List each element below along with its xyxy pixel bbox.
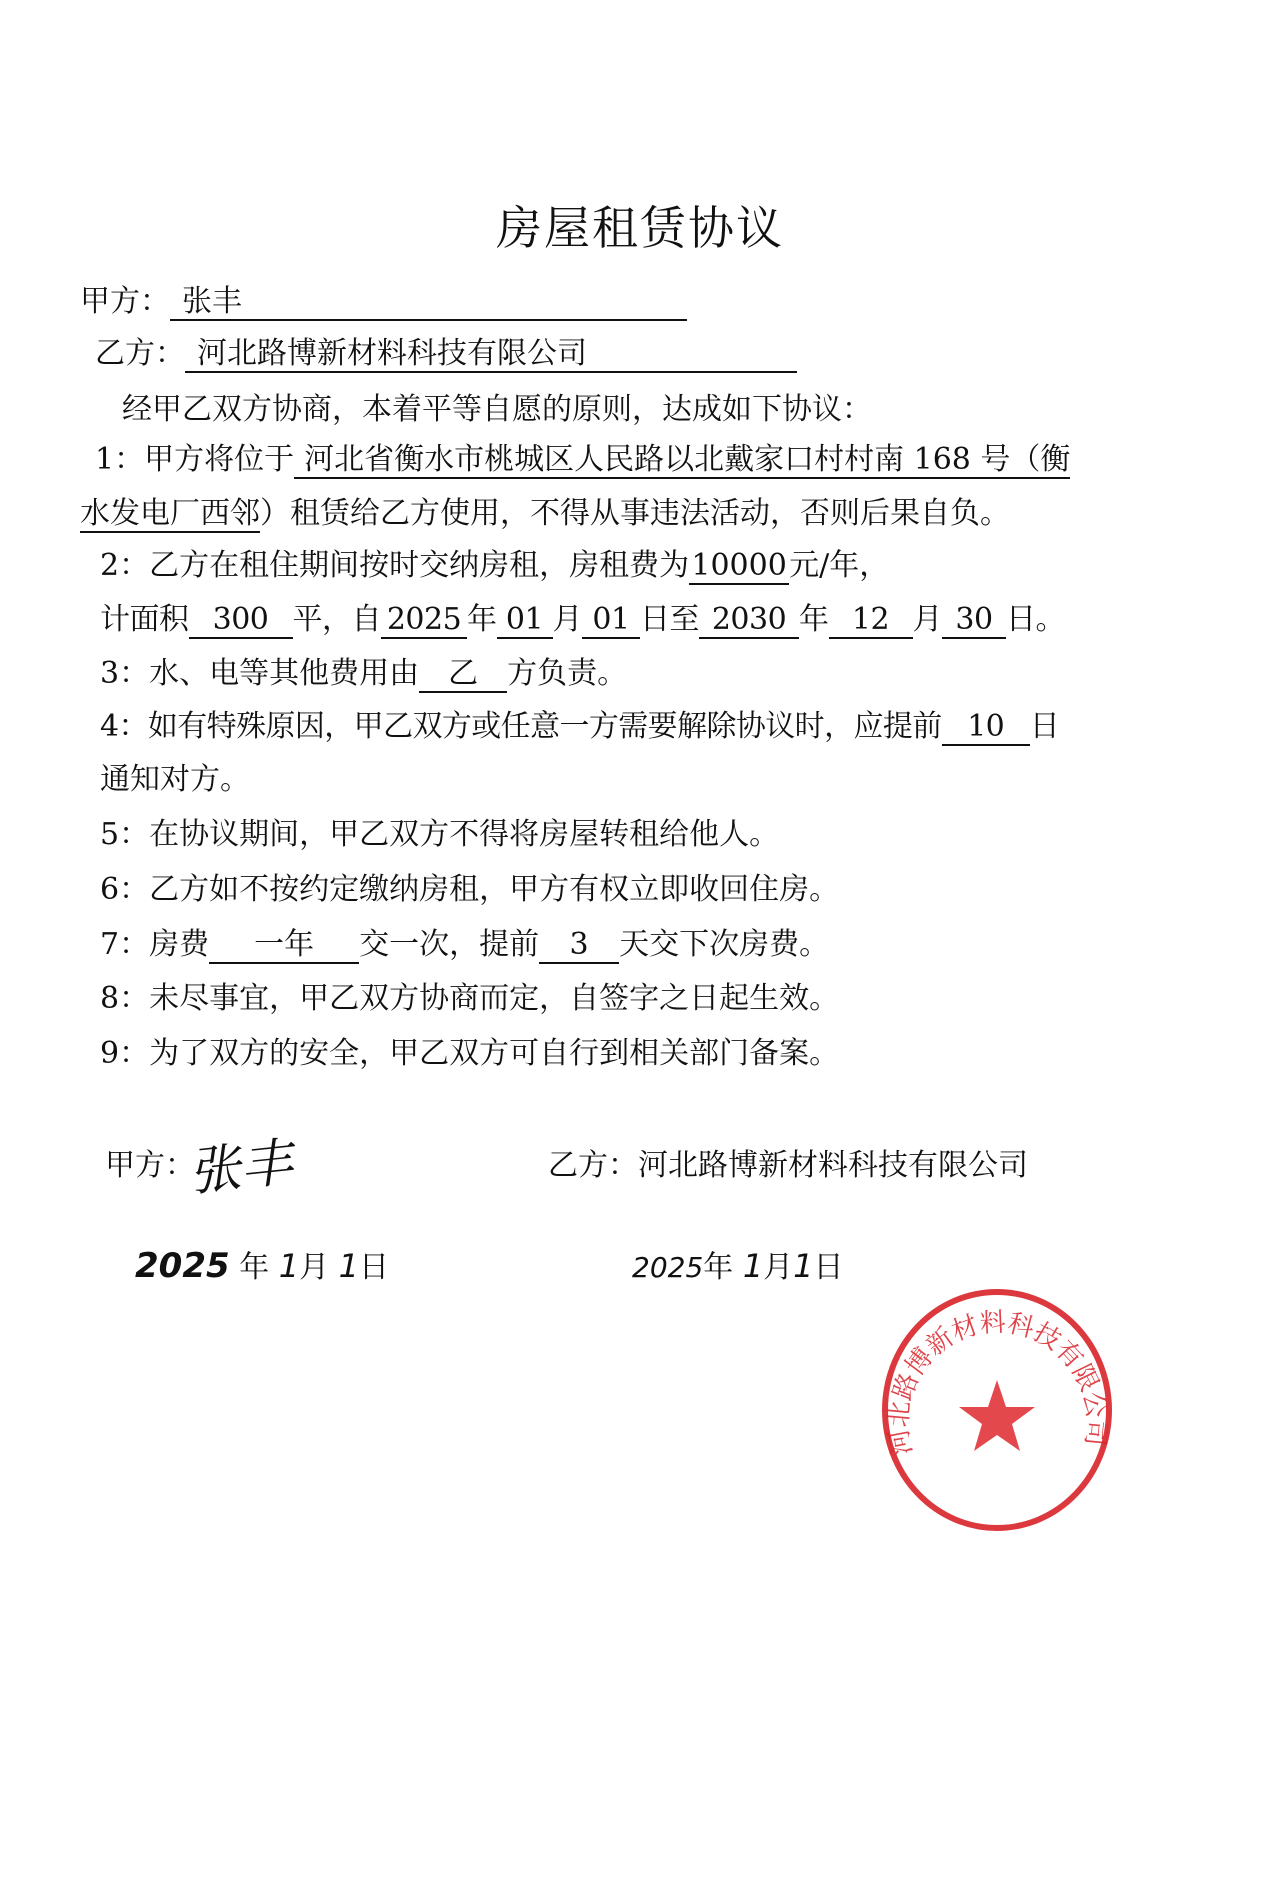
- party-b-name: 河北路博新材料科技有限公司: [185, 337, 797, 373]
- party-a-sign-label: 甲方：: [105, 1140, 195, 1184]
- party-a-handwritten-signature: 张丰: [184, 1120, 295, 1205]
- clause-2-line-2: 计面积300平，自2025年01月01日至2030年12月30日。: [100, 600, 1065, 640]
- area-value: 300: [189, 603, 293, 639]
- party-b-date-day: 1: [793, 1247, 813, 1285]
- clause-7-suffix: 天交下次房费。: [619, 927, 829, 962]
- year-label: 年: [239, 1250, 269, 1285]
- month-label: 月: [763, 1250, 793, 1285]
- clause-7: 7：房费一年交一次，提前3天交下次房费。: [100, 925, 829, 965]
- clause-1-line-2: 水发电厂西邻）租赁给乙方使用，不得从事违法活动，否则后果自负。: [80, 494, 1010, 534]
- year-label: 年: [799, 602, 829, 637]
- clause-3: 3：水、电等其他费用由乙方负责。: [100, 654, 627, 694]
- rent-unit: 元/年，: [789, 548, 889, 583]
- day-label: 日: [359, 1250, 389, 1285]
- year-label: 年: [467, 602, 497, 637]
- party-b-line: 乙方：河北路博新材料科技有限公司: [95, 334, 797, 374]
- day-label: 日: [814, 1250, 844, 1285]
- day-to-label: 日至: [640, 602, 699, 637]
- clause-7-mid: 交一次，提前: [359, 927, 539, 962]
- clause-1-line-1: 1：甲方将位于河北省衡水市桃城区人民路以北戴家口村村南 168 号（衡: [95, 440, 1070, 480]
- party-a-line: 甲方：张丰: [80, 282, 687, 322]
- rent-amount: 10000: [689, 549, 789, 585]
- advance-days: 3: [539, 928, 619, 964]
- start-year: 2025: [381, 603, 467, 639]
- day-label: 日。: [1006, 602, 1065, 637]
- clause-4-line-2: 通知对方。: [100, 760, 250, 800]
- clause-9: 9：为了双方的安全，甲乙双方可自行到相关部门备案。: [100, 1034, 839, 1074]
- party-b-date: 2025年 1月1日: [632, 1246, 844, 1288]
- lease-document-page: 房屋租赁协议 甲方：张丰 乙方：河北路博新材料科技有限公司 经甲乙双方协商，本着…: [0, 0, 1280, 1881]
- clause-1-prefix: 1：甲方将位于: [95, 442, 294, 477]
- payment-period: 一年: [209, 928, 359, 964]
- clause-6: 6：乙方如不按约定缴纳房租，甲方有权立即收回住房。: [100, 870, 839, 910]
- party-a-date: 2025 年 1月 1日: [135, 1246, 389, 1288]
- month-label: 月: [553, 602, 583, 637]
- clause-3-suffix: 方负责。: [507, 656, 627, 691]
- clause-5: 5：在协议期间，甲乙双方不得将房屋转租给他人。: [100, 815, 779, 855]
- month-label: 月: [299, 1250, 329, 1285]
- utilities-party: 乙: [419, 657, 507, 693]
- notice-unit: 日: [1030, 709, 1059, 744]
- party-b-label: 乙方：: [95, 336, 185, 371]
- notice-days: 10: [942, 710, 1030, 746]
- document-title: 房屋租赁协议: [0, 192, 1280, 258]
- clause-4-line-1: 4：如有特殊原因，甲乙双方或任意一方需要解除协议时，应提前10日: [100, 707, 1059, 747]
- party-a-name: 张丰: [170, 285, 687, 321]
- clause-1-suffix: ）租赁给乙方使用，不得从事违法活动，否则后果自负。: [260, 496, 1010, 531]
- party-a-date-day: 1: [339, 1247, 359, 1285]
- party-a-label: 甲方：: [80, 284, 170, 319]
- year-label: 年: [703, 1250, 733, 1285]
- start-month: 01: [497, 603, 553, 639]
- party-b-date-year: 2025: [632, 1251, 703, 1284]
- clause-1-address-cont: 水发电厂西邻: [80, 497, 260, 533]
- clause-2-prefix: 2：乙方在租住期间按时交纳房租，房租费为: [100, 548, 689, 583]
- area-unit: 平，自: [293, 602, 382, 637]
- month-label: 月: [913, 602, 943, 637]
- end-year: 2030: [699, 603, 799, 639]
- party-a-date-year: 2025: [135, 1246, 230, 1286]
- preamble: 经甲乙双方协商，本着平等自愿的原则，达成如下协议：: [122, 390, 872, 430]
- start-day: 01: [582, 603, 640, 639]
- clause-1-address: 河北省衡水市桃城区人民路以北戴家口村村南 168 号（衡: [294, 443, 1070, 479]
- end-day: 30: [942, 603, 1006, 639]
- clause-7-prefix: 7：房费: [100, 927, 209, 962]
- clause-4-prefix: 4：如有特殊原因，甲乙双方或任意一方需要解除协议时，应提前: [100, 709, 942, 744]
- end-month: 12: [829, 603, 913, 639]
- clause-3-prefix: 3：水、电等其他费用由: [100, 656, 419, 691]
- party-a-date-month: 1: [279, 1247, 299, 1285]
- area-label: 计面积: [100, 602, 189, 637]
- clause-8: 8：未尽事宜，甲乙双方协商而定，自签字之日起生效。: [100, 979, 839, 1019]
- party-b-sign-label: 乙方：河北路博新材料科技有限公司: [548, 1140, 1028, 1184]
- company-seal-stamp: 河北路博新材料科技有限公司: [875, 1285, 1120, 1535]
- party-b-date-month: 1: [743, 1247, 763, 1285]
- clause-2-line-1: 2：乙方在租住期间按时交纳房租，房租费为10000元/年，: [100, 546, 889, 586]
